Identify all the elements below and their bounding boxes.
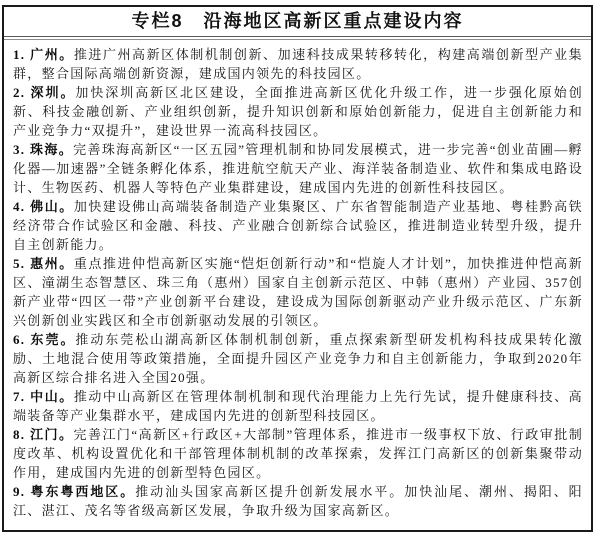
item-label: 6. 东莞。 (13, 332, 75, 347)
item-text: 加快深圳高新区北区建设，全面推进高新区优化升级工作，进一步强化原始创新、科技金融… (13, 85, 583, 138)
item-text: 完善珠海高新区“一区五园”管理机制和协同发展模式，进一步完善“创业苗圃—孵化器—… (13, 142, 583, 195)
item-label: 9. 粤东粤西地区。 (13, 484, 135, 499)
item-text: 推动东莞松山湖高新区体制机制创新，重点探索新型研发机构科技成果转化激励、土地混合… (13, 332, 583, 385)
list-item-dongguan: 6. 东莞。推动东莞松山湖高新区体制机制创新，重点探索新型研发机构科技成果转化激… (13, 330, 583, 387)
list-item-yuedong-yuexi: 9. 粤东粤西地区。推动汕头国家高新区提升创新发展水平。加快汕尾、潮州、揭阳、阳… (13, 482, 583, 520)
list-item-foshan: 4. 佛山。加快建设佛山高端装备制造产业集聚区、广东省智能制造产业基地、粤桂黔高… (13, 197, 583, 254)
item-text: 推动中山高新区在管理体制机制和现代治理能力上先行先试，提升健康科技、高端装备等产… (13, 389, 583, 423)
item-label: 5. 惠州。 (13, 256, 74, 271)
item-label: 8. 江门。 (13, 427, 74, 442)
item-text: 重点推进仲恺高新区实施“恺炬创新行动”和“恺旋人才计划”，加快推进仲恺高新区、潼… (13, 256, 583, 328)
item-label: 7. 中山。 (13, 389, 74, 404)
panel-body: 1. 广州。推进广州高新区体制机制创新、加速科技成果转移转化，构建高端创新型产业… (4, 39, 591, 520)
item-text: 完善江门“高新区+行政区+大部制”管理体系，推进市一级事权下放、行政审批制度改革… (13, 427, 583, 480)
item-label: 1. 广州。 (13, 47, 74, 62)
column-panel: 专栏8 沿海地区高新区重点建设内容 1. 广州。推进广州高新区体制机制创新、加速… (2, 5, 593, 532)
item-label: 3. 珠海。 (13, 142, 73, 157)
item-text: 加快建设佛山高端装备制造产业集聚区、广东省智能制造产业基地、粤桂黔高铁经济带合作… (13, 199, 583, 252)
list-item-zhuhai: 3. 珠海。完善珠海高新区“一区五园”管理机制和协同发展模式，进一步完善“创业苗… (13, 140, 583, 197)
panel-title: 专栏8 沿海地区高新区重点建设内容 (4, 7, 591, 37)
list-item-shenzhen: 2. 深圳。加快深圳高新区北区建设，全面推进高新区优化升级工作，进一步强化原始创… (13, 83, 583, 140)
list-item-guangzhou: 1. 广州。推进广州高新区体制机制创新、加速科技成果转移转化，构建高端创新型产业… (13, 45, 583, 83)
item-label: 4. 佛山。 (13, 199, 74, 214)
item-label: 2. 深圳。 (13, 85, 75, 100)
list-item-jiangmen: 8. 江门。完善江门“高新区+行政区+大部制”管理体系，推进市一级事权下放、行政… (13, 425, 583, 482)
list-item-huizhou: 5. 惠州。重点推进仲恺高新区实施“恺炬创新行动”和“恺旋人才计划”，加快推进仲… (13, 254, 583, 330)
item-text: 推进广州高新区体制机制创新、加速科技成果转移转化，构建高端创新型产业集群，整合国… (13, 47, 583, 81)
list-item-zhongshan: 7. 中山。推动中山高新区在管理体制机制和现代治理能力上先行先试，提升健康科技、… (13, 387, 583, 425)
